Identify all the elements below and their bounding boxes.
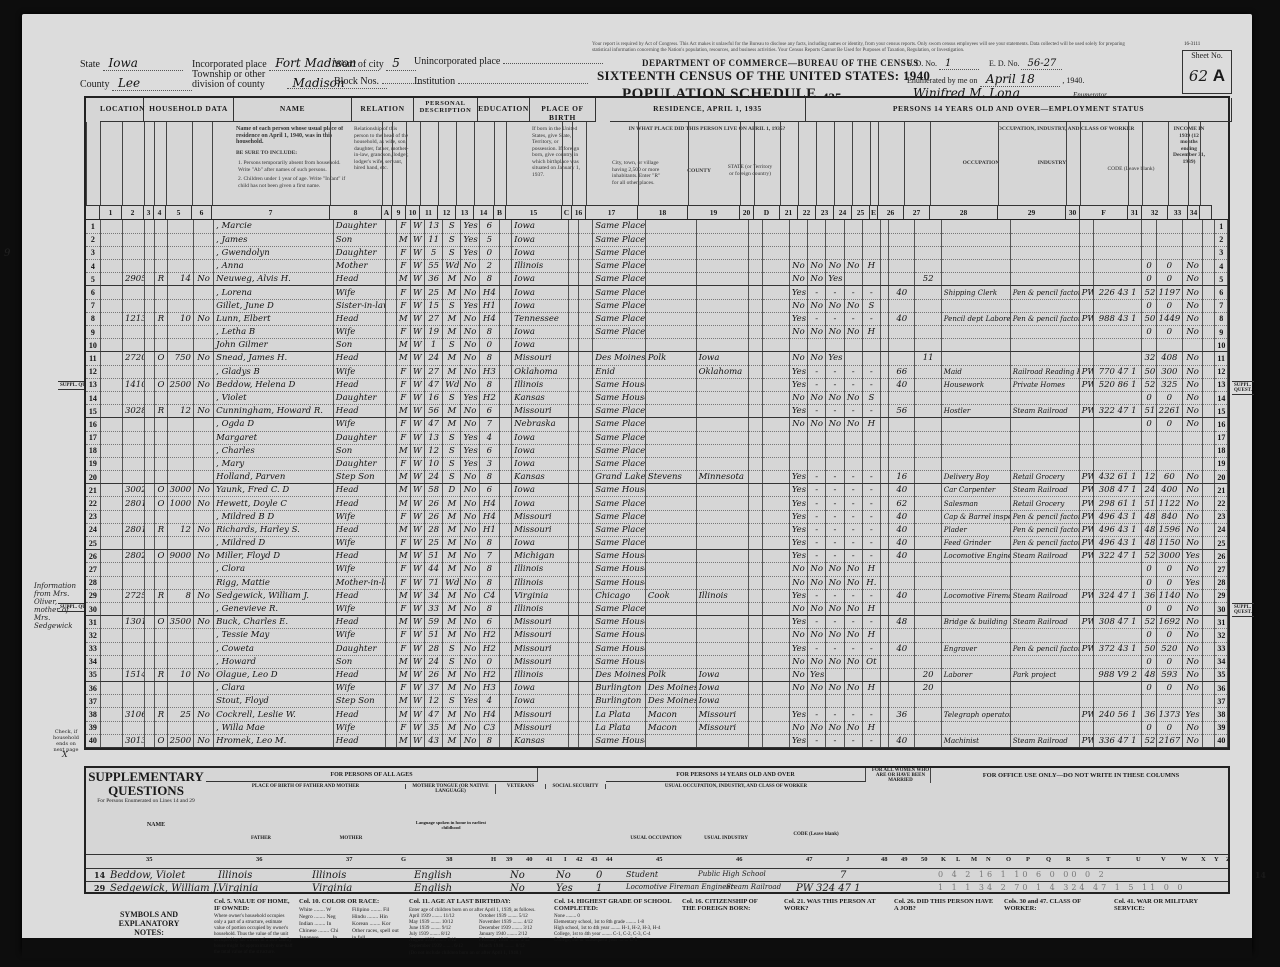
cell-wages: 1140	[1156, 589, 1182, 602]
cell-street	[100, 471, 122, 484]
cell-pub	[826, 246, 844, 259]
cell-act: H	[862, 326, 880, 339]
cell-farm	[193, 418, 213, 431]
cell-act	[862, 431, 880, 444]
cell-farm	[193, 457, 213, 470]
cell-farm_sched	[1203, 457, 1215, 470]
table-row: 7Gillet, June DSister-in-lawFW15SYesH1Io…	[86, 299, 1228, 312]
cell-cls	[1079, 695, 1093, 708]
cell-farm: No	[193, 616, 213, 629]
cell-sch: No	[461, 484, 479, 497]
cell-a_code	[386, 405, 396, 418]
cell-num	[145, 260, 155, 273]
cell-res_state	[696, 260, 749, 273]
cell-e_code	[880, 576, 888, 589]
cell-farm_sched	[1203, 576, 1215, 589]
cell-weeks: 48	[1142, 668, 1156, 681]
cell-hours: 36	[889, 708, 915, 721]
cell-mar: M	[443, 550, 461, 563]
cell-cit	[579, 339, 593, 352]
cell-code	[1093, 682, 1142, 695]
cell-act	[862, 273, 880, 286]
cell-res_county	[645, 550, 696, 563]
supp-column-number: 42	[576, 856, 583, 863]
cell-birth: Iowa	[512, 444, 569, 457]
cell-race: W	[410, 510, 424, 523]
cell-res_city: Same House	[593, 484, 646, 497]
cell-rel: Head	[333, 484, 386, 497]
cell-name: Cockrell, Leslie W.	[214, 708, 334, 721]
cell-wages	[1156, 220, 1182, 233]
cell-ind	[1010, 602, 1079, 615]
cell-e_code	[880, 708, 888, 721]
column-number: 25	[852, 205, 870, 219]
column-number: 12	[438, 205, 456, 219]
cell-value	[167, 260, 193, 273]
cell-e_code	[880, 523, 888, 536]
cell-own	[155, 576, 167, 589]
cell-b_code	[499, 391, 511, 404]
cell-age: 27	[424, 312, 442, 325]
cell-c_code	[568, 695, 578, 708]
cell-res_state	[696, 523, 749, 536]
cell-ln: 39	[86, 721, 100, 734]
cell-work: No	[789, 352, 807, 365]
cell-mar: M	[443, 537, 461, 550]
cell-house: 2802	[122, 550, 144, 563]
cell-act	[862, 695, 880, 708]
cell-ind: Pen & pencil factory	[1010, 523, 1079, 536]
cell-wages: 1692	[1156, 616, 1182, 629]
cell-ind	[1010, 352, 1079, 365]
cell-a_code	[386, 695, 396, 708]
cell-res_city: Same Place	[593, 246, 646, 259]
cell-rel: Head	[333, 378, 386, 391]
cell-d_code	[763, 352, 789, 365]
cell-sch: No	[461, 708, 479, 721]
cell-birth: Iowa	[512, 299, 569, 312]
cell-ln2: 12	[1215, 365, 1228, 378]
column-number: 9	[392, 205, 406, 219]
cell-house	[122, 695, 144, 708]
cell-weeks	[1142, 695, 1156, 708]
cell-code: 298 61 1	[1093, 497, 1142, 510]
cell-own	[155, 602, 167, 615]
cell-cit	[579, 365, 593, 378]
cell-wages: 0	[1156, 299, 1182, 312]
cell-res_city: Same House	[593, 576, 646, 589]
cell-value	[167, 695, 193, 708]
cell-e_code	[880, 312, 888, 325]
cell-mar: S	[443, 391, 461, 404]
cell-ind: Private Homes	[1010, 378, 1079, 391]
cell-wages: 2167	[1156, 734, 1182, 747]
table-row: 242801R12NoRichards, Harley S.HeadMW28MN…	[86, 523, 1228, 536]
cell-own: R	[155, 523, 167, 536]
cell-ln2: 30	[1215, 602, 1228, 615]
cell-cls	[1079, 246, 1093, 259]
cell-wages	[1156, 444, 1182, 457]
cell-street	[100, 286, 122, 299]
cell-farm35	[749, 444, 763, 457]
cell-sch: No	[461, 721, 479, 734]
person-rows-table: 1, MarcieDaughterFW13SYes6IowaSame Place…	[86, 220, 1228, 748]
cell-hours: 40	[889, 734, 915, 747]
cell-age: 71	[424, 576, 442, 589]
cell-num	[145, 629, 155, 642]
cell-seek: No	[808, 629, 826, 642]
cell-rel: Head	[333, 352, 386, 365]
cell-hours: 40	[889, 537, 915, 550]
state-field: State Iowa	[80, 56, 183, 71]
cell-mar: M	[443, 708, 461, 721]
cell-name: , Clora	[214, 563, 334, 576]
cell-farm35	[749, 286, 763, 299]
cell-street	[100, 339, 122, 352]
cell-hours	[889, 721, 915, 734]
cell-birth: Missouri	[512, 629, 569, 642]
cell-cit	[579, 589, 593, 602]
cell-age: 11	[424, 233, 442, 246]
cell-sex: M	[396, 695, 410, 708]
cell-occ	[941, 326, 1010, 339]
cell-farm	[193, 233, 213, 246]
cell-d_code	[763, 589, 789, 602]
cell-farm35	[749, 246, 763, 259]
cell-job: -	[844, 523, 862, 536]
cell-num	[145, 418, 155, 431]
cell-sch: Yes	[461, 246, 479, 259]
cell-rel: Head	[333, 589, 386, 602]
cell-work: No	[789, 629, 807, 642]
cell-res_county	[645, 365, 696, 378]
cell-a_code	[386, 418, 396, 431]
cell-weeks: 12	[1142, 471, 1156, 484]
legend-item: Chinese ........ Chi	[299, 928, 346, 935]
cell-cit	[579, 444, 593, 457]
cell-other: No	[1183, 668, 1203, 681]
cell-wages: 3000	[1156, 550, 1182, 563]
cell-own	[155, 286, 167, 299]
cell-seek: No	[808, 682, 826, 695]
cell-own	[155, 365, 167, 378]
cell-age: 44	[424, 563, 442, 576]
cell-age: 26	[424, 510, 442, 523]
cell-unemp: 52	[915, 273, 941, 286]
supp-quest-marker-29-right: SUPPL. QUEST.	[1232, 603, 1254, 617]
cell-age: 12	[424, 444, 442, 457]
cell-code	[1093, 260, 1142, 273]
cell-seek	[808, 444, 826, 457]
column-number: B	[494, 205, 506, 219]
cell-cit	[579, 721, 593, 734]
cell-grade: H4	[479, 708, 499, 721]
cell-farm_sched	[1203, 563, 1215, 576]
table-row: 383106R25NoCockrell, Leslie W.HeadMW47MN…	[86, 708, 1228, 721]
supp-column-number: 50	[921, 856, 928, 863]
cell-mar: Wd	[443, 260, 461, 273]
cell-farm_sched	[1203, 260, 1215, 273]
cell-other: Yes	[1183, 550, 1203, 563]
cell-res_county: Des Moines	[645, 695, 696, 708]
cell-sch: No	[461, 655, 479, 668]
cell-res_state	[696, 510, 749, 523]
group-residence-1935: RESIDENCE, APRIL 1, 1935	[610, 98, 806, 122]
cell-other: No	[1183, 365, 1203, 378]
cell-a_code	[386, 233, 396, 246]
cell-work: No	[789, 418, 807, 431]
cell-ln2: 1	[1215, 220, 1228, 233]
cell-hours	[889, 444, 915, 457]
cell-own	[155, 682, 167, 695]
cell-rel: Mother-in-law	[333, 576, 386, 589]
cell-cit	[579, 326, 593, 339]
cell-code	[1093, 233, 1142, 246]
cell-ln: 19	[86, 457, 100, 470]
cell-res_state: Iowa	[696, 695, 749, 708]
cell-code	[1093, 629, 1142, 642]
cell-c_code	[568, 510, 578, 523]
column-number: 30	[1066, 205, 1080, 219]
cell-wages: 325	[1156, 378, 1182, 391]
cell-age: 33	[424, 602, 442, 615]
cell-a_code	[386, 286, 396, 299]
cell-d_code	[763, 365, 789, 378]
cell-farm	[193, 339, 213, 352]
cell-name: Beddow, Helena D	[214, 378, 334, 391]
cell-sex: F	[396, 510, 410, 523]
cell-birth: Illinois	[512, 563, 569, 576]
cell-own	[155, 471, 167, 484]
cell-ln: 20	[86, 471, 100, 484]
cell-res_state	[696, 391, 749, 404]
cell-street	[100, 405, 122, 418]
table-row: 131410O2500NoBeddow, Helena DHeadFW47WdN…	[86, 378, 1228, 391]
cell-farm_sched	[1203, 708, 1215, 721]
cell-e_code	[880, 365, 888, 378]
cell-wages	[1156, 246, 1182, 259]
cell-own: O	[155, 352, 167, 365]
cell-unemp	[915, 708, 941, 721]
cell-occ: Delivery Boy	[941, 471, 1010, 484]
cell-sex: M	[396, 589, 410, 602]
cell-name: , Howard	[214, 655, 334, 668]
cell-d_code	[763, 629, 789, 642]
cell-sex: M	[396, 273, 410, 286]
cell-a_code	[386, 537, 396, 550]
cell-c_code	[568, 326, 578, 339]
cell-house	[122, 682, 144, 695]
cell-code: 988 V9 2	[1093, 668, 1142, 681]
column-number: 22	[798, 205, 816, 219]
cell-ind	[1010, 444, 1079, 457]
cell-other: No	[1183, 484, 1203, 497]
cell-res_county	[645, 273, 696, 286]
cell-house: 2720	[122, 352, 144, 365]
cell-ln: 14	[86, 391, 100, 404]
cell-res_city: Same Place	[593, 299, 646, 312]
cell-res_state: Missouri	[696, 708, 749, 721]
cell-farm: No	[193, 352, 213, 365]
cell-age: 34	[424, 589, 442, 602]
cell-house: 1514	[122, 668, 144, 681]
cell-own	[155, 260, 167, 273]
cell-res_city: Same House	[593, 391, 646, 404]
cell-occ	[941, 352, 1010, 365]
cell-unemp	[915, 312, 941, 325]
cell-farm35	[749, 523, 763, 536]
cell-own: R	[155, 405, 167, 418]
cell-a_code	[386, 365, 396, 378]
cell-name: , Violet	[214, 391, 334, 404]
cell-unemp	[915, 339, 941, 352]
cell-b_code	[499, 299, 511, 312]
cell-b_code	[499, 444, 511, 457]
cell-age: 47	[424, 378, 442, 391]
cell-occ: Pencil dept Laborer	[941, 312, 1010, 325]
cell-grade: 2	[479, 260, 499, 273]
cell-c_code	[568, 682, 578, 695]
column-number: 20	[740, 205, 754, 219]
cell-street	[100, 642, 122, 655]
cell-job: -	[844, 378, 862, 391]
cell-work: Yes	[789, 484, 807, 497]
column-number: 6	[192, 205, 212, 219]
cell-pub: -	[826, 537, 844, 550]
cell-ln2: 13	[1215, 378, 1228, 391]
cell-own: R	[155, 273, 167, 286]
cell-value	[167, 721, 193, 734]
cell-a_code	[386, 391, 396, 404]
cell-wages: 60	[1156, 471, 1182, 484]
cell-hours: 62	[889, 497, 915, 510]
cell-house	[122, 655, 144, 668]
cell-grade: 8	[479, 576, 499, 589]
cell-farm_sched	[1203, 537, 1215, 550]
cell-act: Ot	[862, 655, 880, 668]
cell-work	[789, 220, 807, 233]
cell-pub: No	[826, 721, 844, 734]
cell-e_code	[880, 734, 888, 747]
cell-house: 3002	[122, 484, 144, 497]
cell-seek: -	[808, 497, 826, 510]
cell-ln2: 17	[1215, 431, 1228, 444]
cell-ind: Steam Railroad	[1010, 550, 1079, 563]
cell-mar: M	[443, 616, 461, 629]
cell-work: Yes	[789, 312, 807, 325]
cell-res_state	[696, 220, 749, 233]
cell-unemp	[915, 695, 941, 708]
cell-farm35	[749, 629, 763, 642]
cell-cit	[579, 642, 593, 655]
cell-occ	[941, 629, 1010, 642]
cell-race: W	[410, 550, 424, 563]
cell-birth: Illinois	[512, 602, 569, 615]
cell-occ	[941, 602, 1010, 615]
cell-res_state: Iowa	[696, 352, 749, 365]
cell-hours: 40	[889, 378, 915, 391]
cell-d_code	[763, 708, 789, 721]
cell-grade: 6	[479, 616, 499, 629]
cell-other	[1183, 431, 1203, 444]
cell-work: Yes	[789, 378, 807, 391]
cell-job: -	[844, 365, 862, 378]
cell-weeks: 48	[1142, 537, 1156, 550]
cell-street	[100, 220, 122, 233]
cell-job: -	[844, 642, 862, 655]
cell-ln: 16	[86, 418, 100, 431]
cell-mar: S	[443, 457, 461, 470]
cell-grade: 6	[479, 405, 499, 418]
cell-birth: Iowa	[512, 457, 569, 470]
cell-hours	[889, 273, 915, 286]
cell-a_code	[386, 708, 396, 721]
cell-e_code	[880, 550, 888, 563]
cell-act: H	[862, 629, 880, 642]
cell-farm_sched	[1203, 312, 1215, 325]
table-row: 28Rigg, MattieMother-in-lawFW71WdNo8Illi…	[86, 576, 1228, 589]
cell-sch: No	[461, 734, 479, 747]
cell-res_city: Same Place	[593, 523, 646, 536]
cell-res_city: Same Place	[593, 537, 646, 550]
cell-farm_sched	[1203, 286, 1215, 299]
cell-ln2: 8	[1215, 312, 1228, 325]
cell-seek: -	[808, 589, 826, 602]
cell-c_code	[568, 484, 578, 497]
cell-sch: No	[461, 339, 479, 352]
cell-res_city: Same House	[593, 734, 646, 747]
cell-unemp	[915, 523, 941, 536]
cell-wages: 408	[1156, 352, 1182, 365]
cell-other: No	[1183, 682, 1203, 695]
cell-unemp	[915, 326, 941, 339]
cell-wages: 0	[1156, 655, 1182, 668]
cell-farm35	[749, 497, 763, 510]
cell-res_state: Minnesota	[696, 471, 749, 484]
cell-act: S	[862, 391, 880, 404]
cell-job: -	[844, 497, 862, 510]
cell-occ	[941, 576, 1010, 589]
cell-sex: M	[396, 484, 410, 497]
cell-ln2: 19	[1215, 457, 1228, 470]
cell-c_code	[568, 299, 578, 312]
cell-name: , Tessie May	[214, 629, 334, 642]
table-row: 351514R10NoOlague, Leo DHeadMW26MNoH2Ill…	[86, 668, 1228, 681]
cell-a_code	[386, 563, 396, 576]
cell-a_code	[386, 378, 396, 391]
cell-pub: -	[826, 378, 844, 391]
cell-d_code	[763, 550, 789, 563]
cell-street	[100, 695, 122, 708]
cell-rel: Head	[333, 616, 386, 629]
cell-ln: 12	[86, 365, 100, 378]
cell-res_county	[645, 391, 696, 404]
cell-cit	[579, 378, 593, 391]
cell-seek: No	[808, 602, 826, 615]
cell-code	[1093, 576, 1142, 589]
cell-seek: -	[808, 616, 826, 629]
cell-res_state	[696, 734, 749, 747]
cell-e_code	[880, 418, 888, 431]
cell-other: No	[1183, 602, 1203, 615]
supp-column-number: T	[1106, 856, 1110, 863]
cell-cit	[579, 299, 593, 312]
cell-job	[844, 233, 862, 246]
cell-sch: No	[461, 510, 479, 523]
cell-job: -	[844, 708, 862, 721]
cell-e_code	[880, 668, 888, 681]
cell-pub: -	[826, 484, 844, 497]
